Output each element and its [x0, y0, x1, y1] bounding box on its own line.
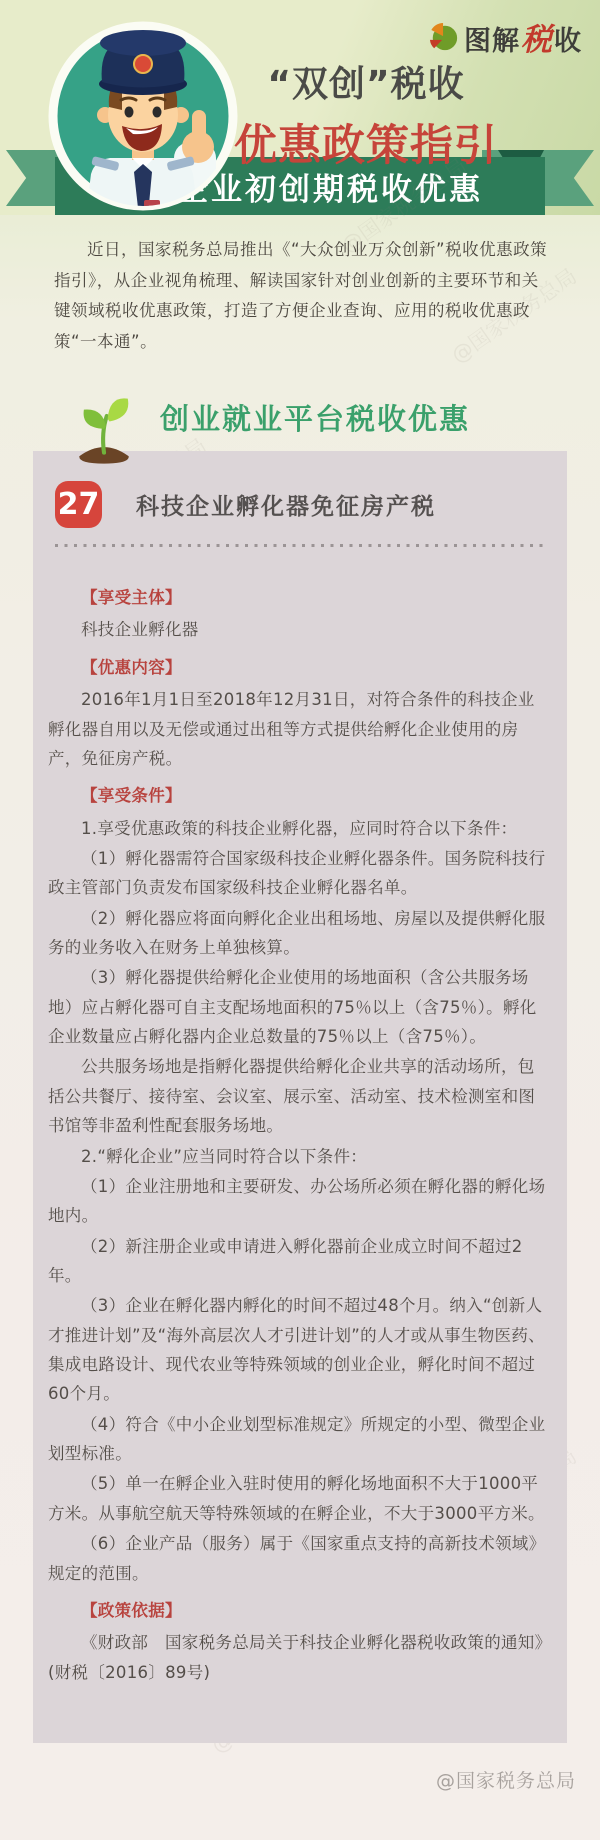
- policy-paragraph: 公共服务场地是指孵化器提供给孵化企业共享的活动场所，包括公共餐厅、接待室、会议室…: [48, 1052, 547, 1140]
- policy-paragraph: （3）企业在孵化器内孵化的时间不超过48个月。纳入“创新人才推进计划”及“海外高…: [48, 1291, 547, 1408]
- intro-paragraph: 近日，国家税务总局推出《“大众创业万众创新”税收优惠政策指引》，从企业视角梳理、…: [0, 215, 600, 357]
- policy-paragraph: （2）新注册企业或申请进入孵化器前企业成立时间不超过2年。: [48, 1232, 547, 1291]
- policy-body: 【享受主体】 科技企业孵化器 【优惠内容】 2016年1月1日至2018年12月…: [48, 583, 547, 1687]
- pie-chart-icon: [429, 22, 459, 52]
- footer-credit: @国家税务总局: [436, 1766, 576, 1793]
- policy-paragraph: （1）企业注册地和主要研发、办公场所必须在孵化器的孵化场地内。: [48, 1172, 547, 1231]
- page-title: “双创”税收 优惠政策指引: [232, 56, 500, 173]
- policy-section-label: 【优惠内容】: [48, 653, 547, 682]
- policy-paragraph: 2016年1月1日至2018年12月31日，对符合条件的科技企业孵化器自用以及无…: [48, 685, 547, 773]
- policy-card: 27 科技企业孵化器免征房产税 【享受主体】 科技企业孵化器 【优惠内容】 20…: [33, 451, 567, 1743]
- page-title-line2: 优惠政策指引: [232, 112, 500, 173]
- policy-section-label: 【享受主体】: [48, 583, 547, 612]
- section-header: 创业就业平台税收优惠: [0, 387, 600, 467]
- seedling-icon: [72, 387, 136, 467]
- policy-section-label: 【政策依据】: [48, 1596, 547, 1625]
- logo-tujie: 图解: [464, 26, 520, 57]
- infographic-page: 企业初创期税收优惠 图解税收 “双创”税收 优惠政策指引: [0, 0, 600, 1840]
- policy-paragraph: （2）孵化器应将面向孵化企业出租场地、房屋以及提供孵化服务的业务收入在财务上单独…: [48, 904, 547, 963]
- policy-paragraph: 2.“孵化企业”应当同时符合以下条件：: [48, 1142, 547, 1171]
- header: 企业初创期税收优惠 图解税收 “双创”税收 优惠政策指引: [0, 0, 600, 215]
- policy-paragraph: （1）孵化器需符合国家级科技企业孵化器条件。国务院科技行政主管部门负责发布国家级…: [48, 844, 547, 903]
- logo-text: 图解税收: [464, 14, 582, 59]
- logo-shui: 税: [521, 22, 553, 58]
- policy-paragraph: 科技企业孵化器: [48, 615, 547, 644]
- policy-title: 科技企业孵化器免征房产税: [136, 488, 436, 521]
- brand-logo: 图解税收: [429, 14, 582, 59]
- policy-paragraph: 1.享受优惠政策的科技企业孵化器，应同时符合以下条件：: [48, 814, 547, 843]
- policy-paragraph: （5）单一在孵企业入驻时使用的孵化场地面积不大于1000平方米。从事航空航天等特…: [48, 1469, 547, 1528]
- card-title-row: 27 科技企业孵化器免征房产税: [55, 481, 547, 528]
- page-title-line1: “双创”税收: [232, 56, 500, 107]
- tax-officer-mascot: [48, 12, 238, 234]
- policy-paragraph: （3）孵化器提供给孵化企业使用的场地面积（含公共服务场地）应占孵化器可自主支配场…: [48, 963, 547, 1051]
- policy-number-badge: 27: [55, 481, 102, 528]
- section-title: 创业就业平台税收优惠: [160, 397, 470, 438]
- policy-paragraph: （4）符合《中小企业划型标准规定》所规定的小型、微型企业划型标准。: [48, 1410, 547, 1469]
- dotted-divider: [55, 544, 545, 547]
- policy-section-label: 【享受条件】: [48, 781, 547, 810]
- policy-paragraph: 《财政部 国家税务总局关于科技企业孵化器税收政策的通知》(财税〔2016〕89号…: [48, 1628, 547, 1687]
- policy-paragraph: （6）企业产品（服务）属于《国家重点支持的高新技术领域》规定的范围。: [48, 1529, 547, 1588]
- logo-shou: 收: [554, 26, 582, 57]
